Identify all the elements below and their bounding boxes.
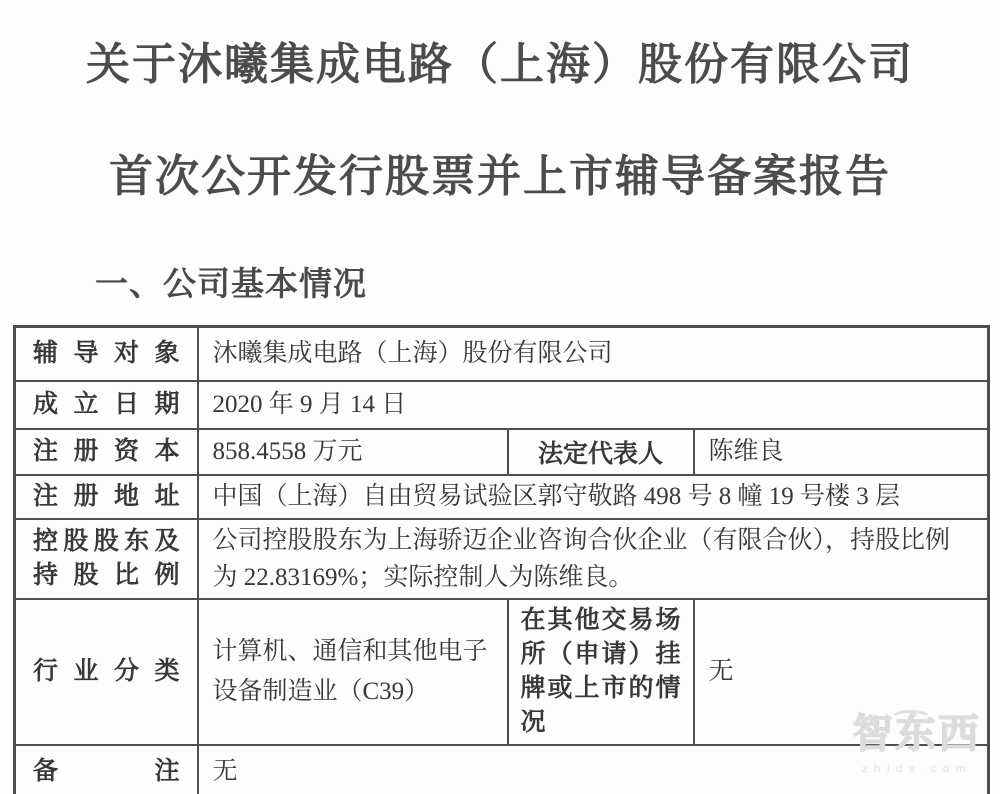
label-other-listing-status: 在其他交易场所（申请）挂牌或上市的情况 [508,599,694,745]
value-legal-representative: 陈维良 [694,429,989,475]
label-remarks: 备注 [15,745,198,794]
table-row-registered-address: 注册地址 中国（上海）自由贸易试验区郭守敬路 498 号 8 幢 19 号楼 3… [15,475,989,519]
value-establishment-date: 2020 年 9 月 14 日 [198,381,989,429]
document-page: { "document": { "title_line1": "关于沐曦集成电路… [0,0,1000,794]
table-row-guidance-target: 辅导对象 沐曦集成电路（上海）股份有限公司 [15,327,989,381]
table-row-registered-capital: 注册资本 858.4558 万元 法定代表人 陈维良 [15,429,989,475]
label-registered-capital: 注册资本 [15,429,198,475]
section-heading-company-basic-info: 一、公司基本情况 [95,258,367,305]
document-title-line2: 首次公开发行股票并上市辅导备案报告 [0,140,1000,204]
label-controlling-shareholder: 控股股东及持股比例 [15,519,198,599]
table-row-establishment-date: 成立日期 2020 年 9 月 14 日 [15,381,989,429]
value-registered-address: 中国（上海）自由贸易试验区郭守敬路 498 号 8 幢 19 号楼 3 层 [198,475,989,519]
label-registered-address: 注册地址 [15,475,198,519]
table-row-industry-classification: 行业分类 计算机、通信和其他电子设备制造业（C39） 在其他交易场所（申请）挂牌… [15,599,989,745]
label-guidance-target: 辅导对象 [15,327,198,381]
label-industry-classification: 行业分类 [15,599,198,745]
table-row-controlling-shareholder: 控股股东及持股比例 公司控股股东为上海骄迈企业咨询合伙企业（有限合伙），持股比例… [15,519,989,599]
value-guidance-target: 沐曦集成电路（上海）股份有限公司 [198,327,989,381]
value-remarks: 无 [198,745,989,794]
value-other-listing-status: 无 [694,599,989,745]
label-establishment-date: 成立日期 [15,381,198,429]
table-row-remarks: 备注 无 [15,745,989,794]
company-info-table: 辅导对象 沐曦集成电路（上海）股份有限公司 成立日期 2020 年 9 月 14… [13,325,990,794]
value-registered-capital: 858.4558 万元 [198,429,508,475]
value-industry-classification: 计算机、通信和其他电子设备制造业（C39） [198,599,508,745]
label-legal-representative: 法定代表人 [508,429,694,475]
document-title-line1: 关于沐曦集成电路（上海）股份有限公司 [0,28,1000,92]
value-controlling-shareholder: 公司控股股东为上海骄迈企业咨询合伙企业（有限合伙），持股比例为 22.83169… [198,519,989,599]
